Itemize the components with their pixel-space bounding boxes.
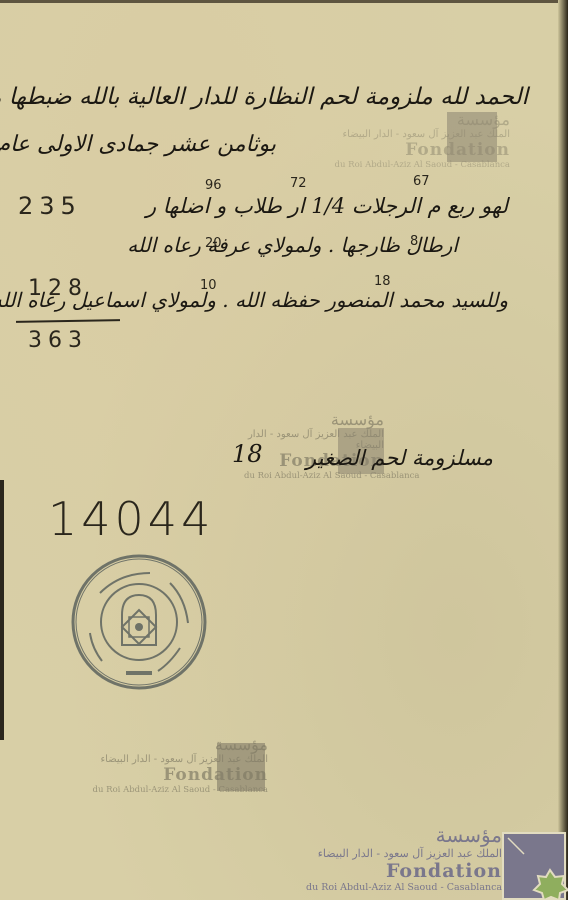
superscript-number: 67 xyxy=(413,174,430,189)
superscript-number: 72 xyxy=(290,176,307,191)
manuscript-line: الحمد لله ملزومة لحم النظارة للدار العال… xyxy=(0,84,528,110)
margin-number: 235 xyxy=(18,192,82,220)
page-edge-top xyxy=(0,0,568,3)
margin-total: 363 xyxy=(28,328,88,353)
superscript-number: 18 xyxy=(374,274,391,289)
watermark-arabic-title: مؤسسة xyxy=(244,410,384,429)
seal-stamp-icon xyxy=(70,553,208,691)
catalog-number: 14044 xyxy=(48,492,214,546)
foundation-logo-icon xyxy=(502,832,568,900)
manuscript-line: ارطال ظارجها . ولمولاي عرفة رعاه الله xyxy=(127,233,458,257)
watermark-logo-box xyxy=(447,112,497,162)
watermark-french-title: Fondation xyxy=(306,860,502,882)
superscript-number: 96 xyxy=(205,178,222,193)
margin-number: 128 xyxy=(28,276,88,301)
sum-rule xyxy=(16,319,120,323)
watermark-french-subtitle: du Roi Abdul-Aziz Al Saoud - Casablanca xyxy=(306,882,502,893)
page-edge-left xyxy=(0,480,4,740)
watermark-arabic-subtitle: الملك عبد العزيز آل سعود - الدار البيضاء xyxy=(306,847,502,860)
manuscript-line: مسلزومة لحم الصغير xyxy=(306,446,493,470)
watermark-logo-box xyxy=(217,743,265,791)
manuscript-page: مؤسسة الملك عبد العزيز آل سعود - الدار ا… xyxy=(0,0,568,900)
manuscript-line: لهو ربع م الرجلات 1/4 ار طلاب و اضلها ر xyxy=(146,194,508,218)
manuscript-line: بوثامن عشر جمادى الاولى عام 1317 xyxy=(0,132,276,157)
side-number: 18 xyxy=(232,440,263,468)
page-edge-right xyxy=(558,0,568,900)
watermark-arabic-title: مؤسسة xyxy=(306,823,502,847)
